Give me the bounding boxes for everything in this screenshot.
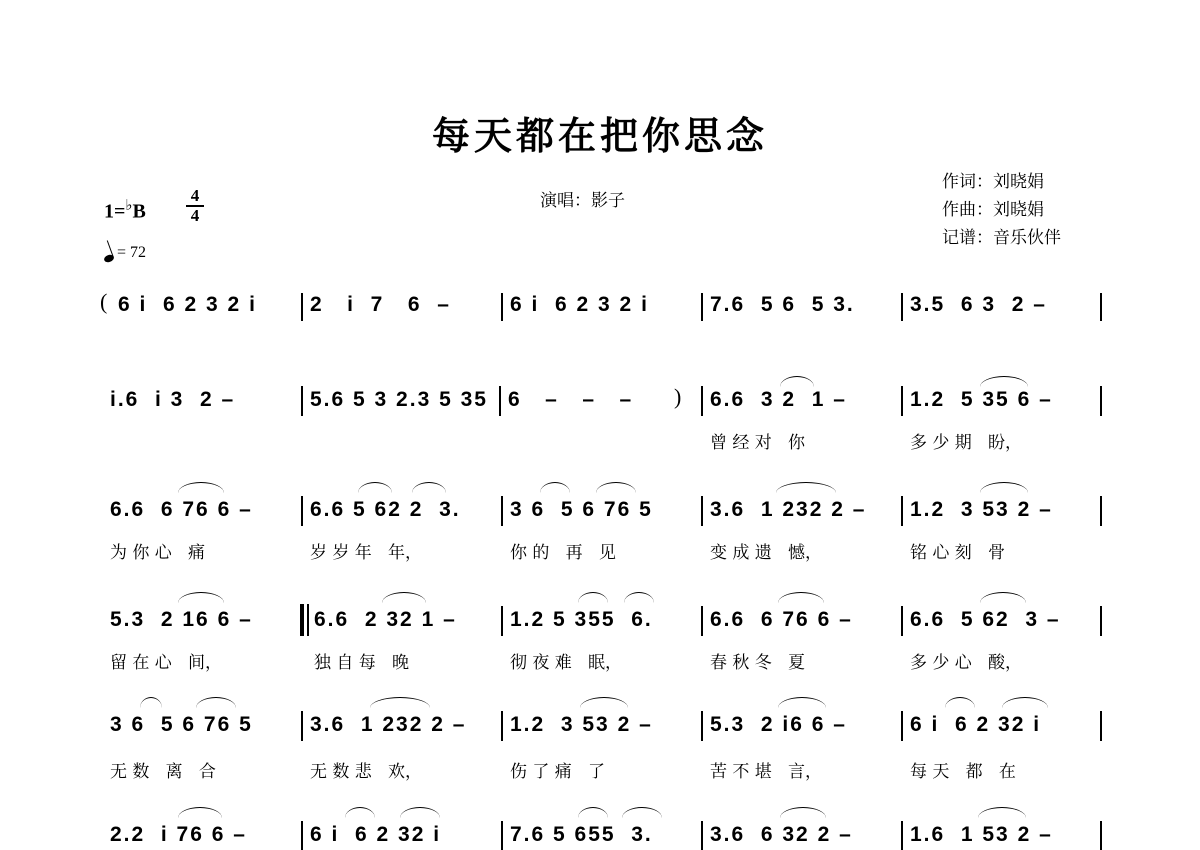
slur: [978, 807, 1026, 818]
lyrics-measure-19: 春 秋 冬 夏: [710, 648, 805, 673]
measure-7-notes: 5.6 5 3 2.3 5 35: [310, 388, 488, 412]
measure-11-notes: 6.6 6 76 6 –: [110, 498, 253, 522]
barline: [501, 821, 503, 850]
lyrics-measure-11: 为 你 心 痛: [110, 538, 205, 563]
time-denominator: 4: [186, 207, 204, 224]
lyrics-measure-10: 多 少 期 盼，: [910, 428, 1022, 453]
slur: [178, 592, 224, 603]
measure-28-notes: 7.6 5 655 3.: [510, 823, 653, 847]
barline: [301, 496, 303, 526]
barline: [701, 606, 703, 636]
lyrics-measure-14: 变 成 遗 憾，: [710, 538, 822, 563]
slur: [580, 697, 628, 708]
measure-12-notes: 6.6 5 62 2 3.: [310, 498, 461, 522]
slur: [980, 376, 1028, 387]
repeat-start-barline-thin: [307, 604, 309, 636]
measure-16-notes: 5.3 2 16 6 –: [110, 608, 253, 632]
slur: [622, 807, 662, 818]
measure-29-notes: 3.6 6 32 2 –: [710, 823, 853, 847]
lyrics-measure-9: 曾 经 对 你: [710, 428, 805, 453]
measure-13-notes: 3 6 5 6 76 5: [510, 498, 653, 522]
slur: [776, 482, 836, 493]
barline: [501, 293, 503, 321]
tempo-value: = 72: [117, 244, 146, 262]
slur: [945, 697, 975, 708]
lyrics-measure-20: 多 少 心 酸，: [910, 648, 1022, 673]
measure-23-notes: 1.2 3 53 2 –: [510, 713, 653, 737]
slur: [370, 697, 430, 708]
measure-21-notes: 3 6 5 6 76 5: [110, 713, 253, 737]
barline: [501, 606, 503, 636]
barline: [701, 293, 703, 321]
barline: [901, 386, 903, 416]
repeat-start-barline-thick: [300, 604, 304, 636]
slur: [358, 482, 392, 493]
barline: [901, 711, 903, 741]
barline: [301, 821, 303, 850]
measure-25-notes: 6 i 6 2 32 i: [910, 713, 1041, 737]
barline: [501, 711, 503, 741]
barline: [301, 386, 303, 416]
measure-17-notes: 6.6 2 32 1 –: [314, 608, 457, 632]
barline: [1100, 293, 1102, 321]
measure-14-notes: 3.6 1 232 2 –: [710, 498, 866, 522]
slur: [140, 697, 162, 708]
measure-2-notes: 2 i 7 6 –: [310, 293, 451, 317]
barline: [901, 821, 903, 850]
tempo-marking: = 72: [104, 244, 146, 262]
slur: [980, 482, 1028, 493]
measure-9-notes: 6.6 3 2 1 –: [710, 388, 847, 412]
barline: [1100, 821, 1102, 850]
lyrics-measure-21: 无 数 离 合: [110, 757, 216, 782]
measure-24-notes: 5.3 2 i6 6 –: [710, 713, 847, 737]
slur: [540, 482, 570, 493]
barline: [1100, 711, 1102, 741]
key-prefix: 1=: [104, 201, 125, 223]
barline: [1100, 496, 1102, 526]
measure-1-notes: 6 i 6 2 3 2 i: [118, 293, 257, 317]
lyrics-measure-17: 独 自 每 晚: [314, 648, 409, 673]
barline: [501, 496, 503, 526]
slur: [382, 592, 426, 603]
barline: [1100, 386, 1102, 416]
slur: [980, 592, 1026, 603]
composer-credit: 作曲：刘晓娟: [942, 196, 1061, 224]
measure-10-notes: 1.2 5 35 6 –: [910, 388, 1053, 412]
measure-30-notes: 1.6 1 53 2 –: [910, 823, 1053, 847]
measure-3-notes: 6 i 6 2 3 2 i: [510, 293, 649, 317]
open-parenthesis: (: [100, 289, 107, 315]
transcriber-credit: 记谱：音乐伙伴: [942, 224, 1061, 252]
singer-credit: 演唱：影子: [540, 186, 625, 211]
lyrics-measure-25: 每 天 都 在: [910, 757, 1016, 782]
measure-15-notes: 1.2 3 53 2 –: [910, 498, 1053, 522]
measure-8-notes: 6 – – –: [508, 388, 633, 412]
measure-19-notes: 6.6 6 76 6 –: [710, 608, 853, 632]
time-numerator: 4: [186, 187, 204, 207]
score-row-1: ( 6 i 6 2 3 2 i 2 i 7 6 – 6 i 6 2 3 2 i …: [100, 285, 1110, 325]
quarter-note-icon: [103, 254, 115, 264]
key-signature: 1=♭B: [104, 196, 146, 224]
barline: [901, 496, 903, 526]
score-row-2: i.6 i 3 2 – 5.6 5 3 2.3 5 35 6 – – – ) 6…: [100, 380, 1110, 420]
lyrics-measure-13: 你 的 再 见: [510, 538, 616, 563]
slur: [178, 482, 224, 493]
barline: [901, 293, 903, 321]
slur: [578, 592, 608, 603]
slur: [596, 482, 636, 493]
measure-20-notes: 6.6 5 62 3 –: [910, 608, 1061, 632]
measure-18-notes: 1.2 5 355 6.: [510, 608, 653, 632]
lyricist-credit: 作词：刘晓娟: [942, 168, 1061, 196]
lyrics-measure-16: 留 在 心 间，: [110, 648, 222, 673]
song-title: 每天都在把你思念: [0, 105, 1200, 160]
barline: [301, 711, 303, 741]
measure-22-notes: 3.6 1 232 2 –: [310, 713, 466, 737]
measure-27-notes: 6 i 6 2 32 i: [310, 823, 441, 847]
time-signature: 4 4: [186, 187, 204, 224]
barline: [701, 711, 703, 741]
barline: [701, 821, 703, 850]
measure-4-notes: 7.6 5 6 5 3.: [710, 293, 855, 317]
barline: [701, 496, 703, 526]
barline: [701, 386, 703, 416]
barline: [301, 293, 303, 321]
slur: [780, 807, 826, 818]
barline: [901, 606, 903, 636]
slur: [412, 482, 446, 493]
slur: [778, 697, 826, 708]
slur: [196, 697, 236, 708]
barline: [499, 386, 501, 416]
credits-block: 作词：刘晓娟 作曲：刘晓娟 记谱：音乐伙伴: [942, 168, 1061, 252]
key-note: B: [132, 201, 145, 223]
barline: [1100, 606, 1102, 636]
lyrics-measure-24: 苦 不 堪 言，: [710, 757, 822, 782]
slur: [400, 807, 440, 818]
slur: [178, 807, 222, 818]
score-row-6: 2.2 i 76 6 – 6 i 6 2 32 i 7.6 5 655 3. 3…: [100, 815, 1110, 850]
lyrics-measure-23: 伤 了 痛 了: [510, 757, 605, 782]
slur: [345, 807, 375, 818]
lyrics-measure-15: 铭 心 刻 骨: [910, 538, 1005, 563]
lyrics-measure-18: 彻 夜 难 眠，: [510, 648, 622, 673]
score-row-5: 3 6 5 6 76 5 3.6 1 232 2 – 1.2 3 53 2 – …: [100, 705, 1110, 745]
slur: [778, 592, 824, 603]
slur: [1002, 697, 1048, 708]
lyrics-measure-22: 无 数 悲 欢，: [310, 757, 422, 782]
measure-26-notes: 2.2 i 76 6 –: [110, 823, 247, 847]
slur: [624, 592, 654, 603]
close-parenthesis: ): [674, 384, 681, 410]
slur: [780, 376, 814, 387]
score-row-4: 5.3 2 16 6 – 6.6 2 32 1 – 1.2 5 355 6. 6…: [100, 600, 1110, 640]
measure-5-notes: 3.5 6 3 2 –: [910, 293, 1047, 317]
slur: [578, 807, 608, 818]
score-row-3: 6.6 6 76 6 – 6.6 5 62 2 3. 3 6 5 6 76 5 …: [100, 490, 1110, 530]
measure-6-notes: i.6 i 3 2 –: [110, 388, 235, 412]
lyrics-measure-12: 岁 岁 年 年，: [310, 538, 422, 563]
